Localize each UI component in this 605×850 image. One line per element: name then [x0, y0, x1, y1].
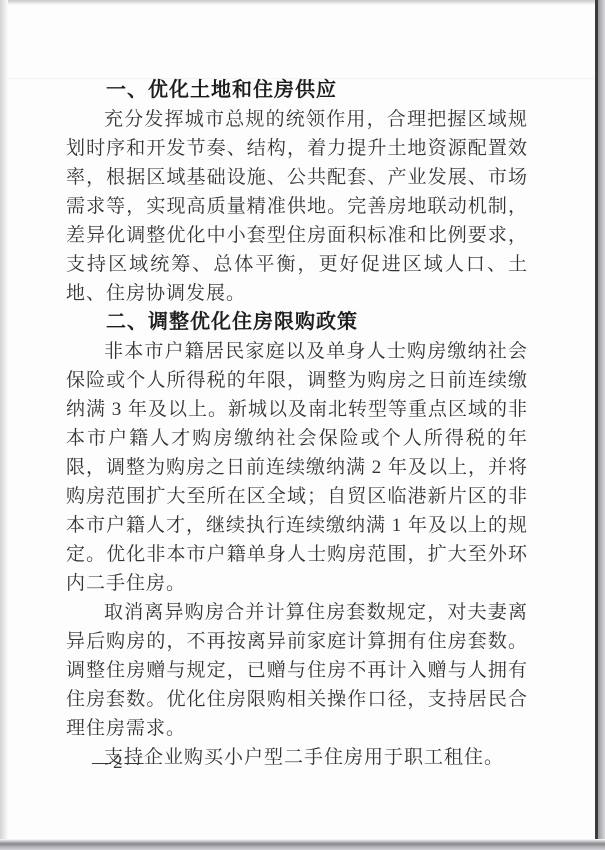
page-edge-bottom-shadow [0, 839, 605, 850]
section-1-heading: 一、优化土地和住房供应 [66, 76, 528, 105]
page-edge-top-shadow [0, 0, 605, 5]
document-body: 一、优化土地和住房供应 充分发挥城市总规的统领作用，合理把握区域规划时序和开发节… [66, 76, 528, 772]
section-1-paragraph-1: 充分发挥城市总规的统领作用，合理把握区域规划时序和开发节奏、结构，着力提升土地资… [66, 105, 528, 308]
section-2-heading: 二、调整优化住房限购政策 [66, 308, 528, 337]
page-edge-right-outer [598, 0, 605, 842]
scanned-document-page: 一、优化土地和住房供应 充分发挥城市总规的统领作用，合理把握区域规划时序和开发节… [0, 0, 605, 850]
page-edge-right-line [595, 0, 598, 842]
section-2-paragraph-2: 取消离异购房合并计算住房套数规定，对夫妻离异后购房的，不再按离异前家庭计算拥有住… [66, 598, 528, 743]
section-2-paragraph-1: 非本市户籍居民家庭以及单身人士购房缴纳社会保险或个人所得税的年限，调整为购房之日… [66, 337, 528, 598]
page-edge-left-shadow [0, 0, 8, 840]
scan-artifact-line [0, 78, 605, 79]
page-number: —2— [92, 752, 146, 774]
